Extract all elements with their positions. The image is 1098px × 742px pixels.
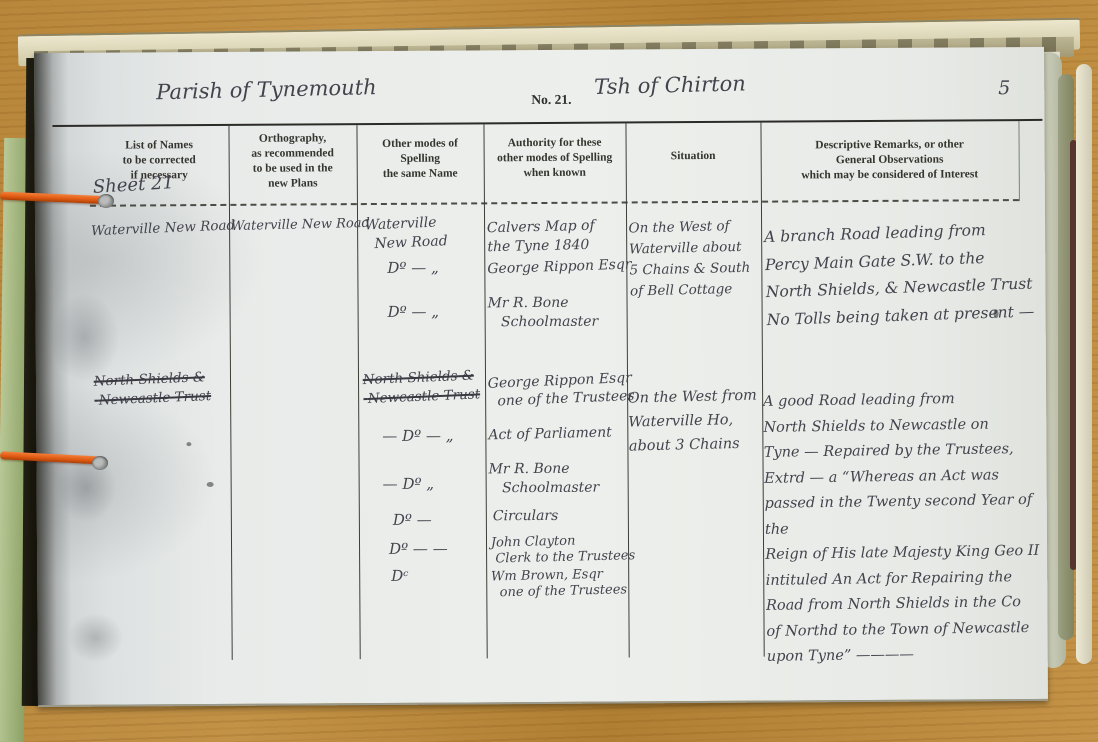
page-stack-right-outer — [1076, 64, 1092, 664]
column-divider-2 — [356, 125, 360, 659]
ditto-row1-2: Dº — „ — [388, 303, 439, 321]
entry-authority-row2-4: Circulars — [493, 508, 559, 524]
parish-title: Parish of Tynemouth — [156, 75, 377, 104]
table-top-rule — [52, 119, 1042, 127]
page-number: 5 — [998, 77, 1010, 99]
ditto-row2-4: Dº — — — [389, 540, 448, 558]
ink-spot — [186, 442, 191, 446]
township-title: Tsh of Chirton — [594, 71, 746, 99]
entry-authority-row2-5: John Clayton Clerk to the Trustees — [491, 532, 636, 567]
entry-authority-row2-1: George Rippon Esqr one of the Trustees — [487, 369, 634, 411]
smudge-mark — [67, 613, 123, 663]
photo-of-register-book: { "book": { "header": { "parish": "Paris… — [0, 0, 1098, 742]
column-header-orthography: Orthography, as recommended to be used i… — [228, 131, 356, 192]
column-header-remarks: Descriptive Remarks, or other General Ob… — [761, 137, 1019, 183]
entry-remarks-row2: A good Road leading from North Shields t… — [763, 386, 1059, 671]
entry-name-row1: Waterville New Road — [91, 217, 236, 239]
ditto-row1-1: Dº — „ — [387, 259, 438, 277]
entry-situation-row2: On the West from Waterville Ho, about 3 … — [627, 384, 758, 459]
entry-authority-row1-2: George Rippon Esqr — [487, 257, 632, 278]
entry-authority-row1-3: Mr R. Bone Schoolmaster — [487, 294, 598, 333]
sheet-number-label: No. 21. — [531, 92, 571, 108]
punch-hole-top — [98, 194, 114, 208]
column-divider-1 — [228, 126, 232, 660]
entry-authority-row1-1: Calvers Map of the Tyne 1840 — [487, 217, 596, 258]
ditto-row2-3: Dº — — [393, 511, 432, 529]
ink-spot — [207, 482, 214, 487]
column-header-situation: Situation — [626, 149, 761, 165]
entry-authority-row2-3: Mr R. Bone Schoolmaster — [489, 460, 600, 499]
column-header-authority: Authority for these other modes of Spell… — [484, 135, 626, 181]
smudge-mark — [49, 293, 120, 383]
column-header-other-modes: Other modes of Spelling the same Name — [357, 136, 484, 182]
punch-hole-bottom — [92, 456, 108, 470]
entry-situation-row1: On the West of Waterville about 5 Chains… — [628, 216, 751, 303]
entry-name-row2-struck: North Shields & Newcastle Trust — [93, 368, 211, 411]
ink-spot — [994, 309, 999, 318]
entry-authority-row2-6: Wm Brown, Esqr one of the Trustees — [491, 566, 627, 601]
entry-other-mode-row1: Waterville New Road — [364, 213, 448, 254]
ditto-row2-1: — Dº — „ — [382, 427, 453, 445]
entry-other-mode-row2-struck: North Shields & Newcastle Trust — [362, 366, 480, 409]
gutter-shadow — [34, 53, 72, 705]
entry-authority-row2-2: Act of Parliament — [488, 424, 612, 443]
ditto-row2-5: Dᶜ — [391, 567, 408, 585]
entry-orthography-row1: Waterville New Road — [231, 216, 370, 234]
ditto-row2-2: — Dº „ — [383, 475, 434, 493]
register-page: Parish of Tynemouth No. 21. Tsh of Chirt… — [34, 47, 1048, 707]
